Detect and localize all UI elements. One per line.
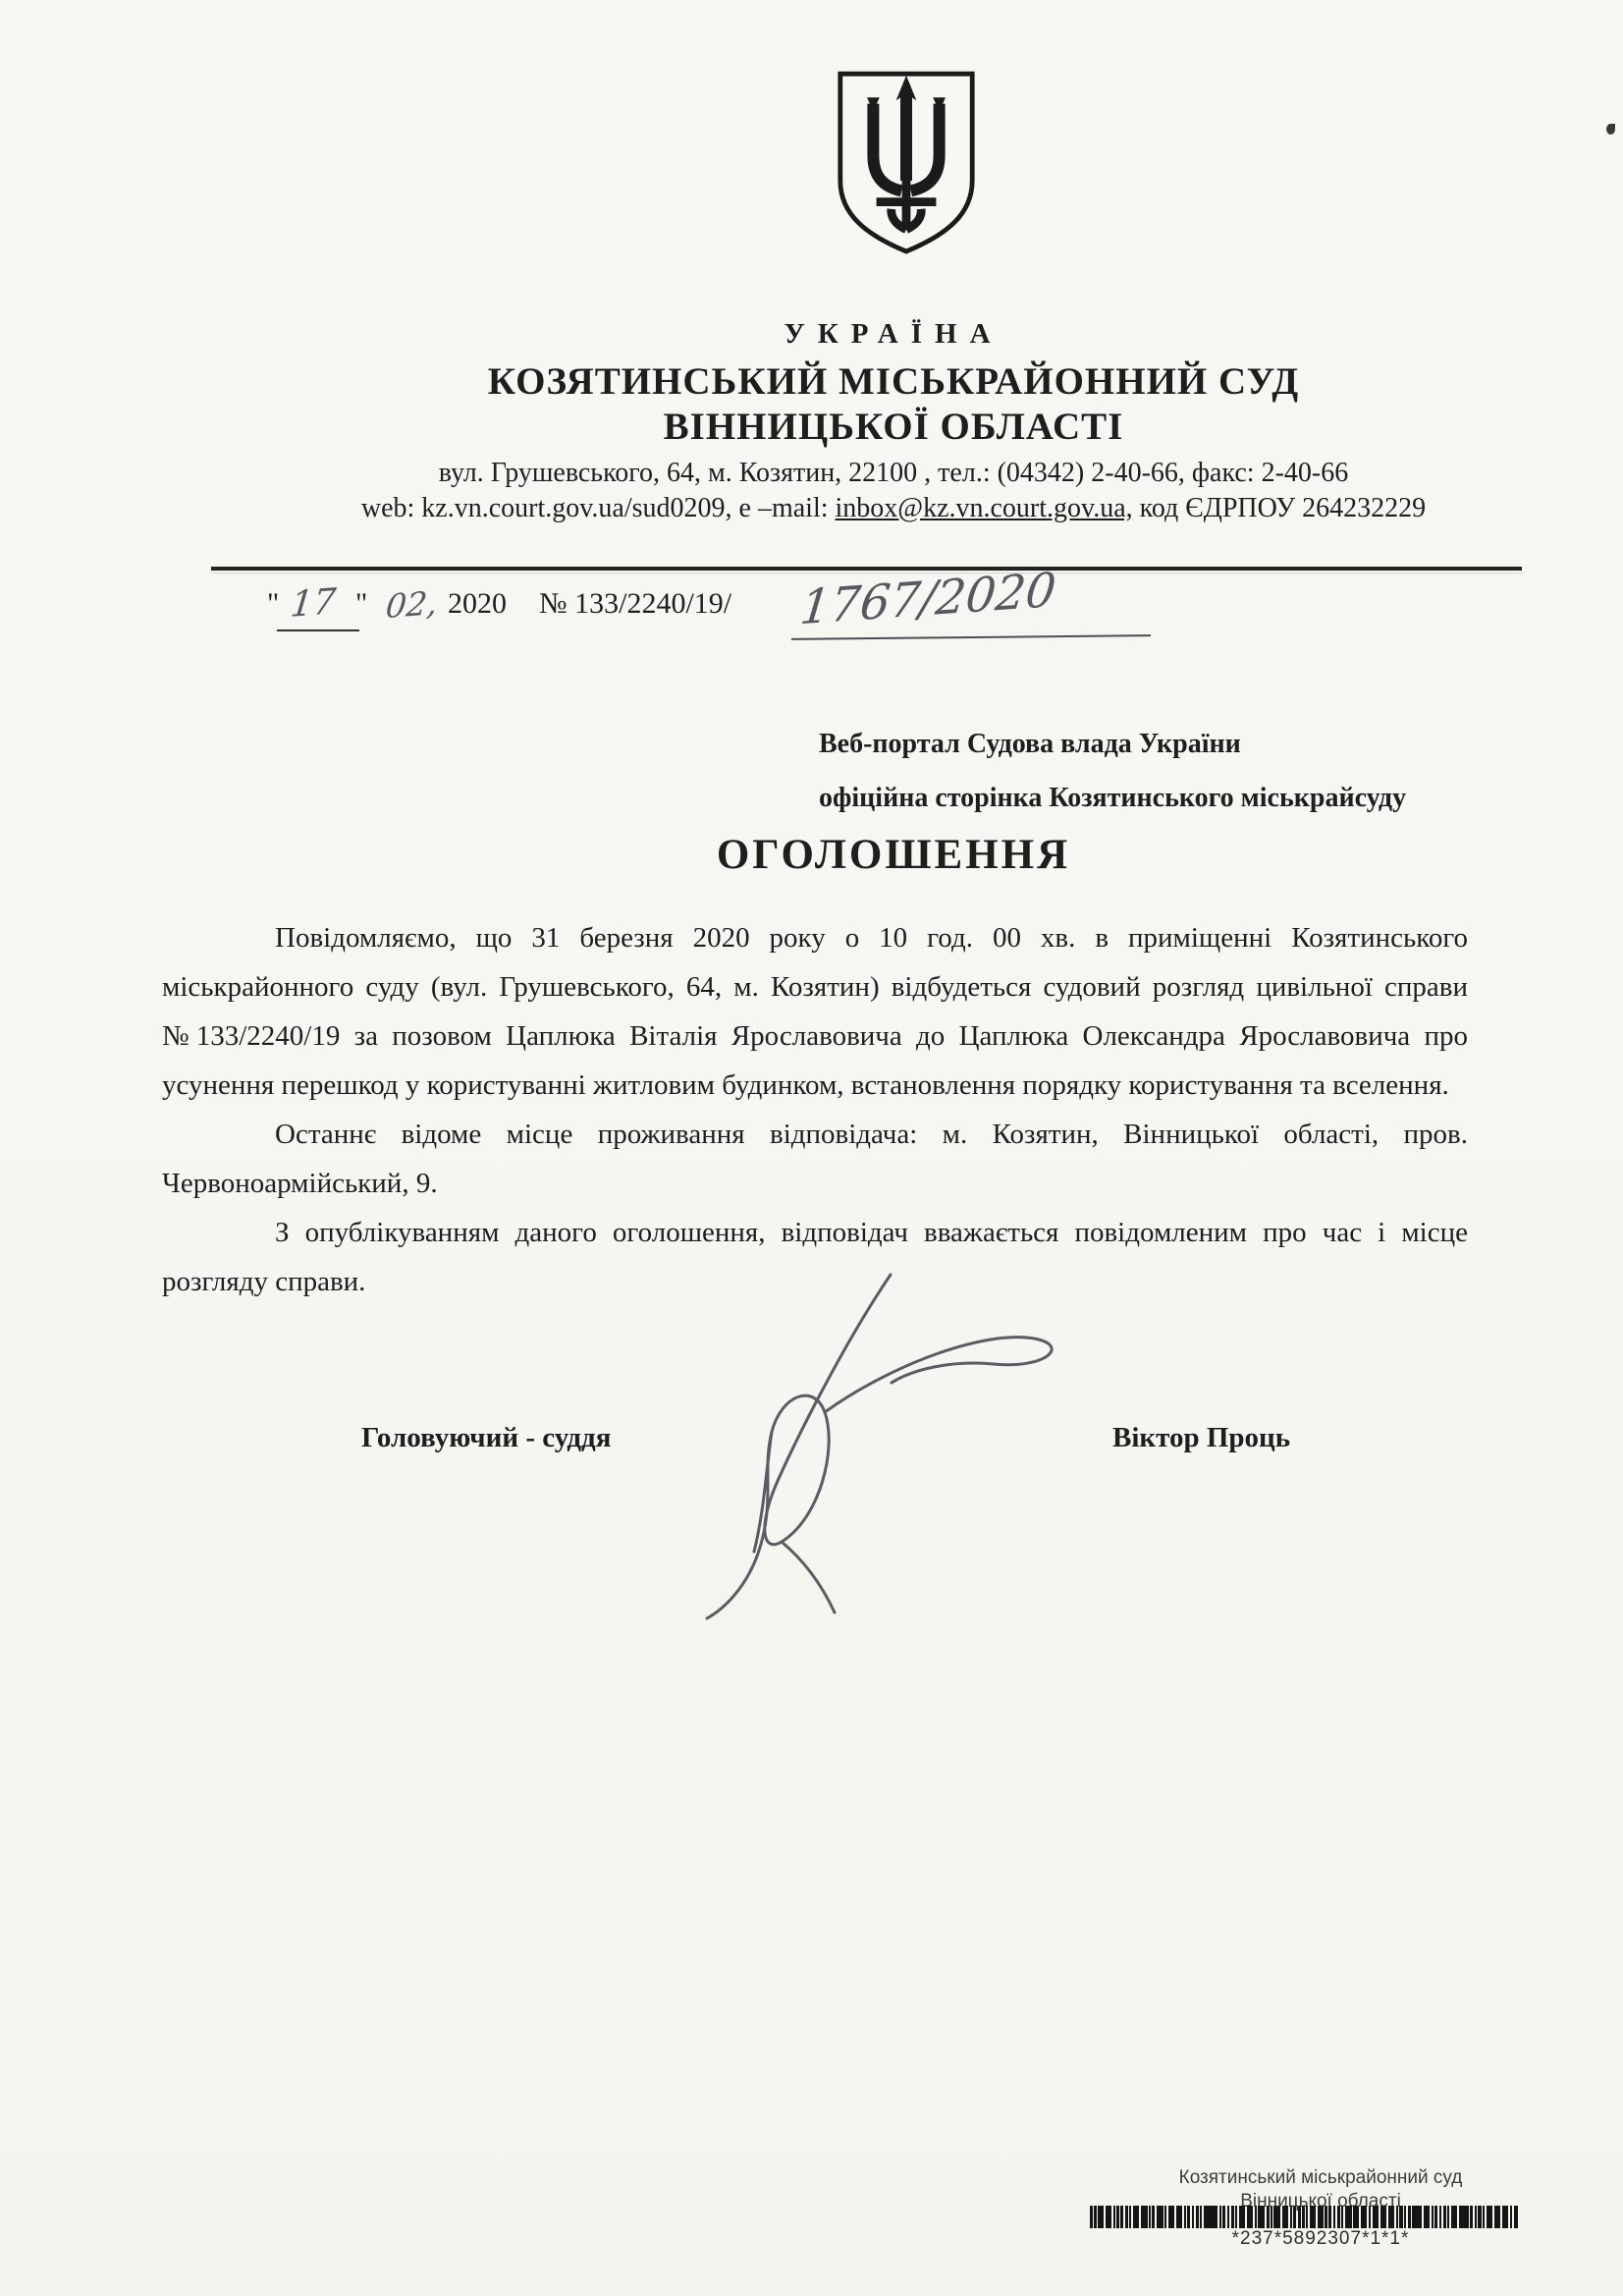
printed-year: 2020 [448, 587, 507, 621]
footer-court-line1: Козятинський міськрайонний суд [1026, 2166, 1615, 2190]
handwritten-month: 02, [384, 583, 439, 626]
ukraine-trident-emblem-icon [827, 63, 986, 259]
judge-signature-icon [648, 1267, 1109, 1620]
recipient-block: Веб-портал Судова влада України офіційна… [819, 717, 1406, 825]
case-number: № 133/2240/19/ [539, 587, 731, 621]
web-suffix: код ЄДРПОУ 264232229 [1133, 493, 1426, 523]
country-name: УКРАЇНА [167, 318, 1620, 351]
day-underline [277, 629, 359, 631]
handwritten-day: 17 [289, 581, 338, 626]
recipient-line2: офіційна сторінка Козятинського міськрай… [819, 771, 1406, 825]
court-address: вул. Грушевського, 64, м. Козятин, 22100… [167, 458, 1620, 489]
court-contacts: web: kz.vn.court.gov.ua/sud0209, е –mail… [167, 493, 1620, 524]
scan-artifact-speck [1606, 124, 1615, 135]
header-separator-rule [211, 567, 1522, 571]
barcode-number: *237*5892307*1*1* [1026, 2228, 1615, 2250]
signatory-role: Головуючий - суддя [361, 1422, 611, 1454]
recipient-line1: Веб-портал Судова влада України [819, 717, 1406, 771]
court-name-line1: КОЗЯТИНСЬКИЙ МІСЬКРАЙОННИЙ СУД [167, 359, 1620, 404]
signatory-name: Віктор Проць [1112, 1422, 1290, 1454]
court-name-line2: ВІННИЦЬКОЇ ОБЛАСТІ [167, 405, 1620, 449]
body-paragraph-1: Повідомляємо, що 31 березня 2020 року о … [162, 913, 1468, 1110]
date-open-quote: " [267, 587, 279, 621]
web-prefix: web: kz.vn.court.gov.ua/sud0209, е –mail… [361, 493, 836, 523]
registration-underline [791, 634, 1151, 640]
document-title: ОГОЛОШЕННЯ [167, 831, 1620, 879]
scanned-court-document: УКРАЇНА КОЗЯТИНСЬКИЙ МІСЬКРАЙОННИЙ СУД В… [0, 0, 1623, 2296]
date-close-quote: " [355, 587, 367, 621]
court-email: inbox@kz.vn.court.gov.ua, [836, 493, 1133, 523]
header-separator-rule-shadow [211, 573, 1522, 574]
announcement-body: Повідомляємо, що 31 березня 2020 року о … [162, 913, 1468, 1306]
body-paragraph-2: Останнє відоме місце проживання відповід… [162, 1110, 1468, 1208]
document-barcode-icon [1090, 2206, 1518, 2228]
